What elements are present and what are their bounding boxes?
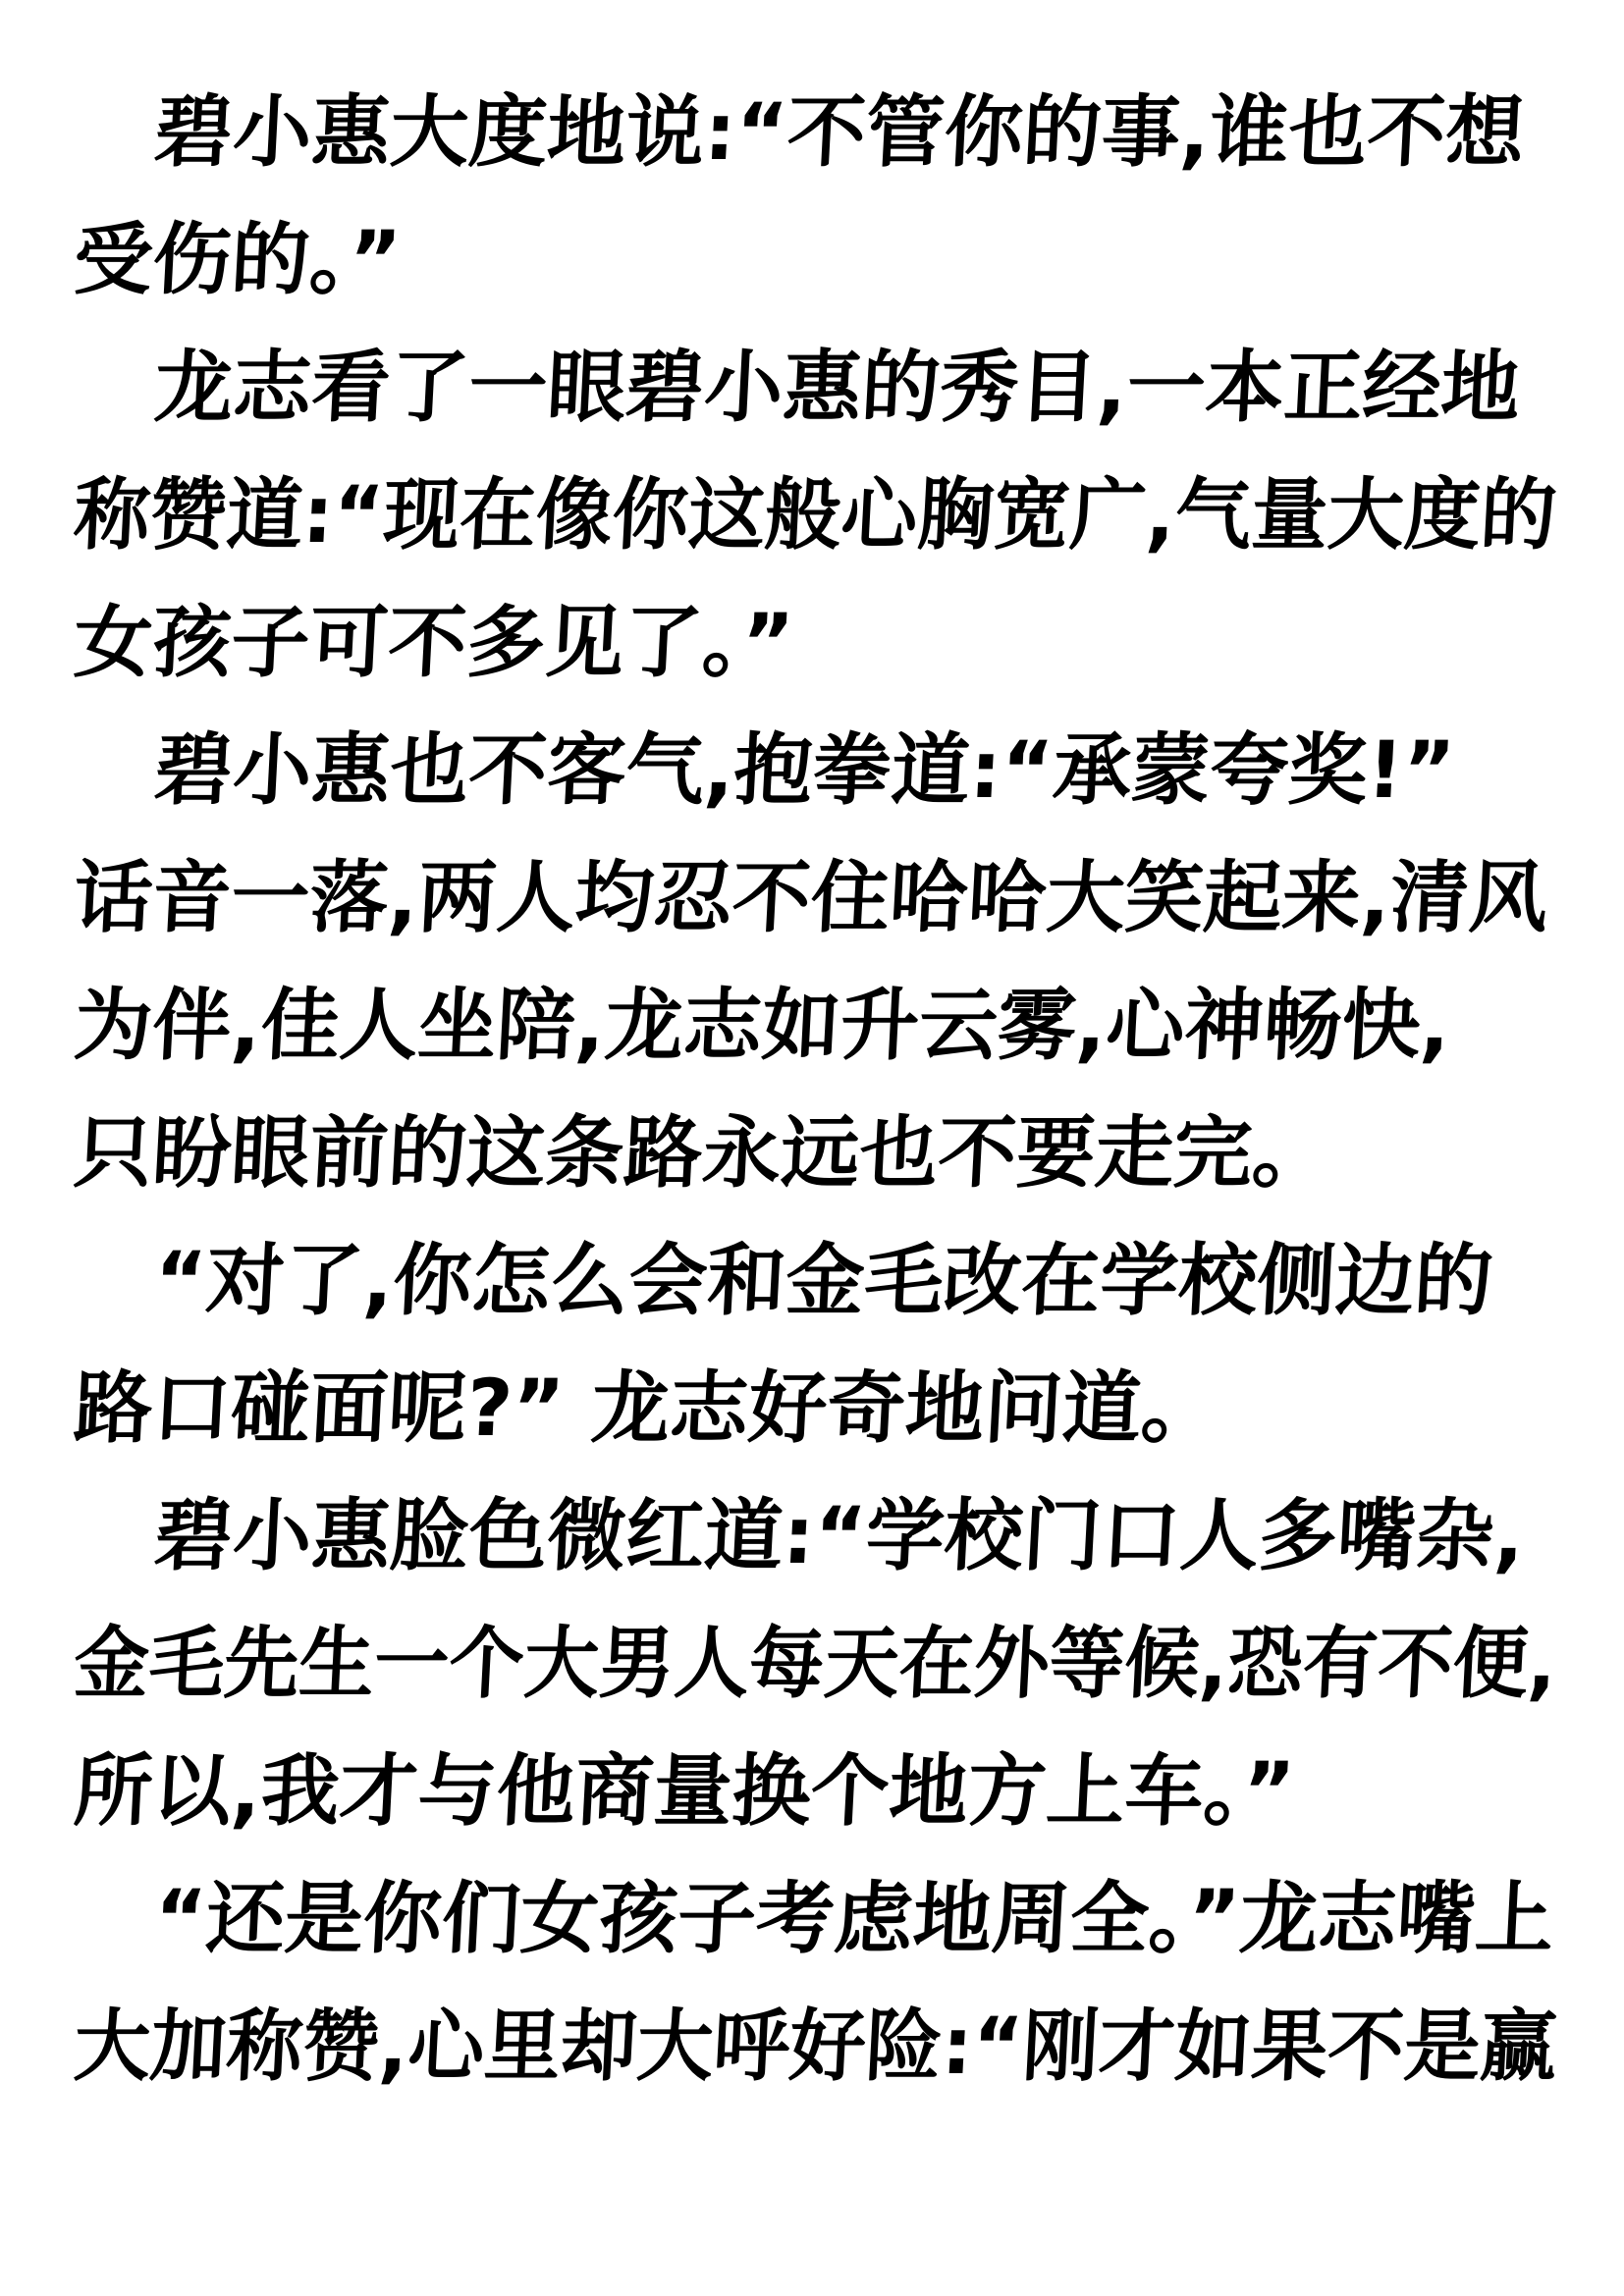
text-line: 碧小惠大度地说:“不管你的事,谁也不想	[151, 69, 1560, 196]
text-line: 受伤的。”	[71, 196, 1560, 324]
text-line: “对了,你怎么会和金毛改在学校侧边的	[151, 1217, 1560, 1345]
text-line: 只盼眼前的这条路永远也不要走完。	[71, 1090, 1560, 1217]
text-line: 金毛先生一个大男人每天在外等候,恐有不便,	[71, 1600, 1493, 1728]
text-line: 为伴,佳人坐陪,龙志如升云雾,心神畅快,	[71, 962, 1560, 1090]
book-page: 碧小惠大度地说:“不管你的事,谁也不想受伤的。”龙志看了一眼碧小惠的秀目,一本正…	[0, 0, 1624, 2296]
text-line: “还是你们女孩子考虑地周全。”龙志嘴上	[151, 1855, 1560, 1983]
text-line: 称赞道:“现在像你这般心胸宽广,气量大度的	[71, 452, 1517, 579]
text-line: 女孩子可不多见了。”	[71, 579, 1560, 707]
text-line: 话音一落,两人均忍不住哈哈大笑起来,清风	[71, 834, 1560, 962]
text-line: 碧小惠也不客气,抱拳道:“承蒙夸奖!”	[151, 707, 1560, 834]
text-line: 龙志看了一眼碧小惠的秀目,一本正经地	[151, 324, 1560, 452]
text-line: 路口碰面呢?” 龙志好奇地问道。	[71, 1345, 1560, 1472]
page-text: 碧小惠大度地说:“不管你的事,谁也不想受伤的。”龙志看了一眼碧小惠的秀目,一本正…	[71, 69, 1553, 2110]
text-line: 大加称赞,心里却大呼好险:“刚才如果不是赢	[71, 1983, 1517, 2110]
text-line: 所以,我才与他商量换个地方上车。”	[71, 1728, 1560, 1855]
text-line: 碧小惠脸色微红道:“学校门口人多嘴杂,	[151, 1472, 1560, 1600]
